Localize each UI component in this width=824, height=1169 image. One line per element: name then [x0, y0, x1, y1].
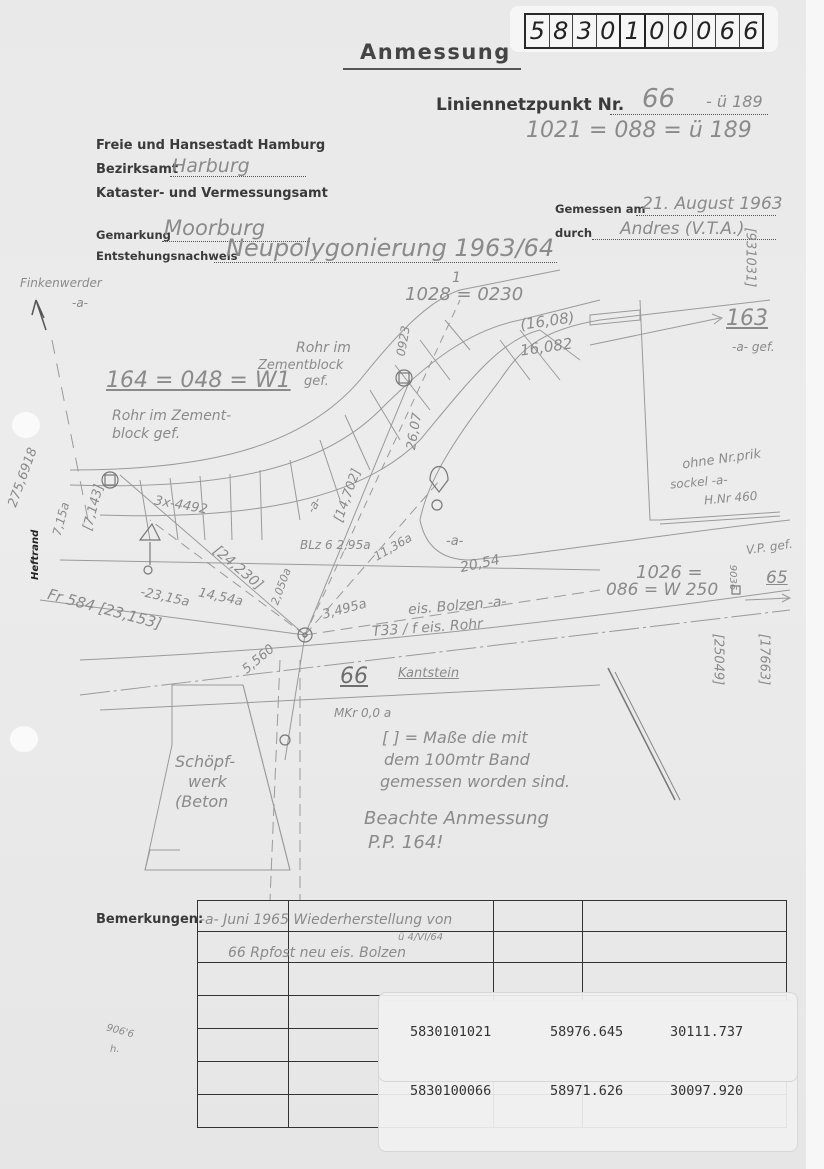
remarks-line-2-super: ü 4/VI/64	[398, 932, 443, 943]
legend-note-2: dem 100mtr Band	[384, 750, 530, 769]
point-1026-line2: 086 = W 250	[606, 580, 718, 600]
coordinate-row: 5830100066 58971.626 30097.920	[410, 1083, 780, 1099]
marker-a-2: -a-	[446, 534, 463, 549]
heftrand-label: Heftrand	[30, 530, 41, 580]
remarks-line-1: -a- Juni 1965 Wiederherstellung von	[200, 912, 452, 928]
bracket-931031: [931031]	[742, 228, 757, 288]
rohr-label-1: Rohr im	[296, 340, 351, 356]
point-163: 163	[726, 306, 768, 331]
point-163-sub: -a- gef.	[732, 340, 775, 354]
bracket-17663: [17663]	[756, 634, 771, 686]
remarks-label: Bemerkungen:	[96, 912, 203, 927]
coordinate-point-id: 5830100066	[410, 1083, 550, 1099]
coordinate-y: 30111.737	[670, 1024, 780, 1040]
point-164-desc-2: block gef.	[112, 426, 180, 442]
coordinate-y: 30097.920	[670, 1083, 780, 1099]
point-1028: 1028 = 0230	[405, 284, 523, 305]
north-sub: -a-	[72, 296, 88, 310]
schoepfwerk-3: (Beton	[175, 792, 228, 811]
point-65: 65	[766, 568, 788, 588]
schoepfwerk-1: Schöpf-	[175, 752, 235, 771]
coordinate-x: 58971.626	[550, 1083, 670, 1099]
coordinate-x: 58976.645	[550, 1024, 670, 1040]
schoepfwerk-2: werk	[188, 772, 227, 791]
point-66-label: 66	[340, 664, 368, 689]
legend-note-3: gemessen worden sind.	[380, 772, 570, 791]
point-164-desc-1: Rohr im Zement-	[112, 408, 231, 424]
coordinate-point-id: 5830101021	[410, 1024, 550, 1040]
measure-9036: 9036	[727, 565, 738, 590]
note-kantstein: Kantstein	[398, 666, 459, 681]
legend-note-4: Beachte Anmessung	[364, 808, 549, 829]
bracket-25049: [25049]	[710, 634, 725, 686]
mkr-label: MKr 0,0 a	[334, 706, 391, 720]
legend-note-5: P.P. 164!	[368, 832, 444, 853]
rohr-label-2: Zementblock	[258, 358, 343, 373]
coordinate-row: 5830101021 58976.645 30111.737	[410, 1024, 780, 1040]
north-label: Finkenwerder	[20, 276, 102, 290]
blz-label: BLz 6 2,95a	[300, 538, 371, 552]
margin-note-2: h.	[110, 1044, 120, 1055]
remarks-line-2: 66 Rpfost neu eis. Bolzen	[228, 945, 406, 961]
rohr-label-3: gef.	[304, 374, 329, 389]
legend-note-1: [ ] = Maße die mit	[382, 728, 528, 747]
